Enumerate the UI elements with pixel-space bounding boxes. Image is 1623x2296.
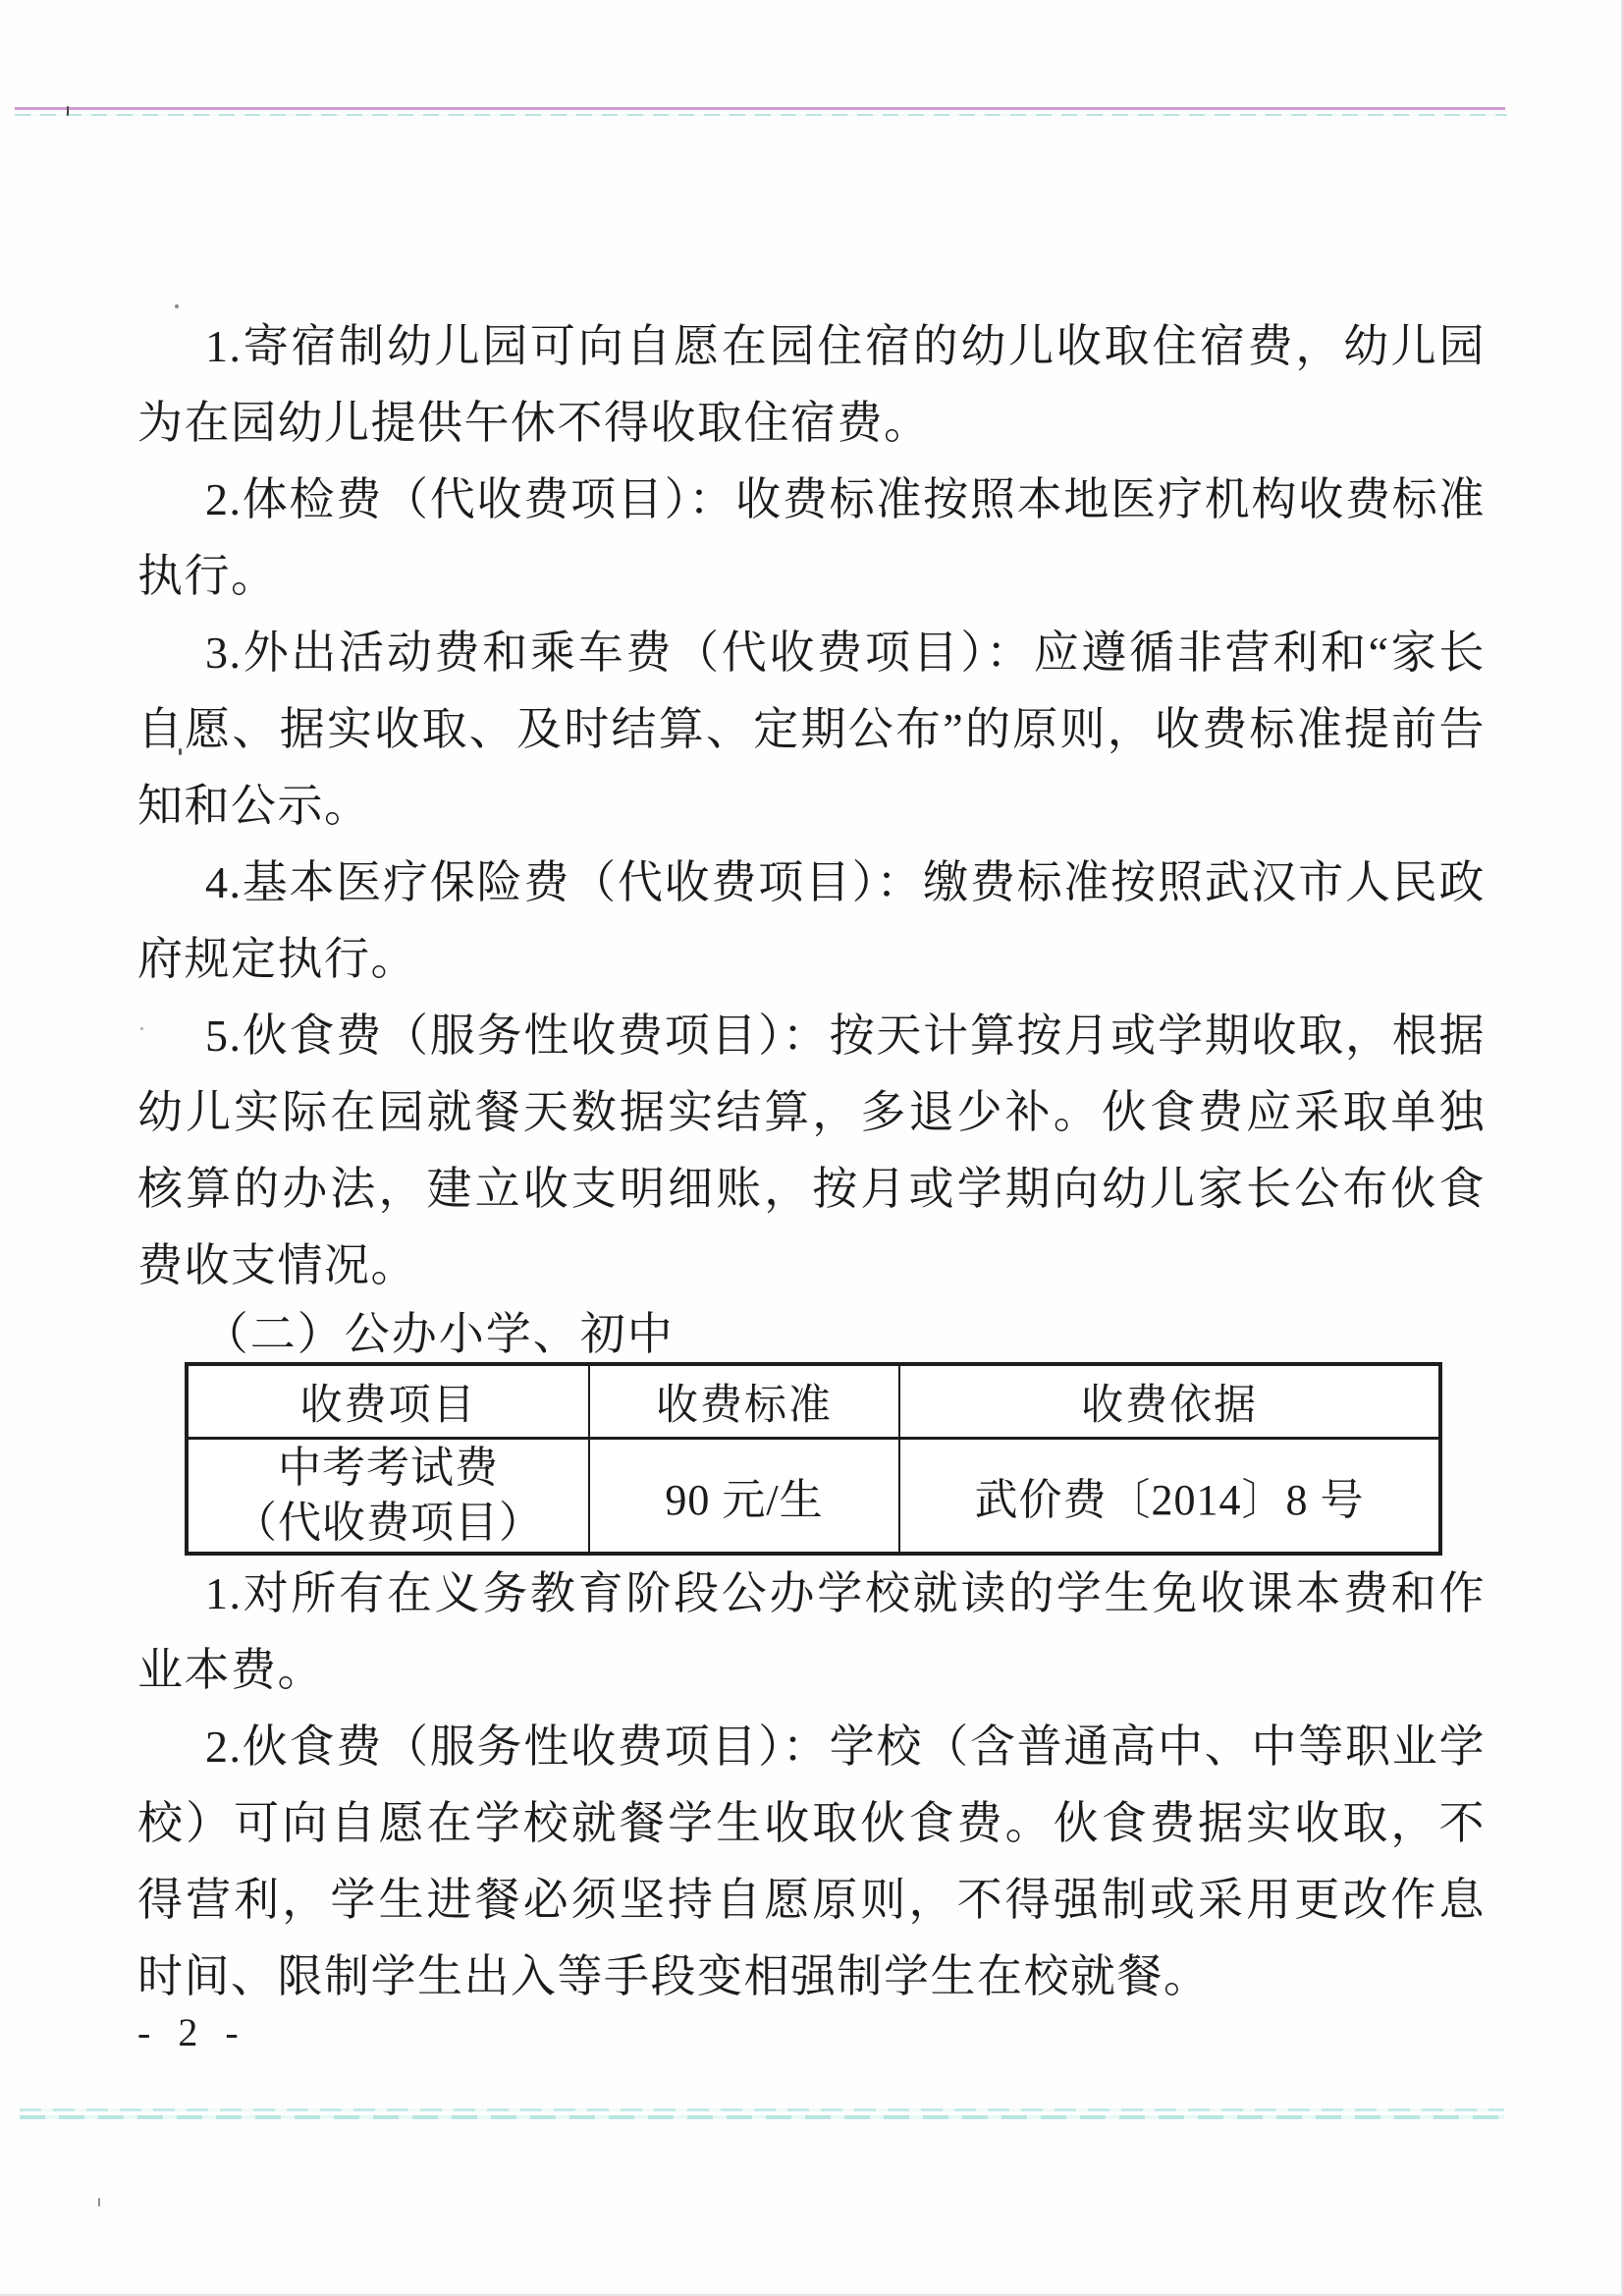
section-heading: （二）公办小学、初中 <box>137 1306 1486 1363</box>
lower-paragraphs: 1.对所有在义务教育阶段公办学校就读的学生免收课本费和作业本费。 2.伙食费（服… <box>137 1556 1486 2015</box>
scan-artifact-cyan-line <box>15 114 1507 116</box>
column-header-standard: 收费标准 <box>589 1364 899 1439</box>
scan-artifact-pink-line <box>15 107 1505 110</box>
scan-speck <box>67 106 69 116</box>
paragraph: 3.外出活动费和乘车费（代收费项目）：应遵循非营利和“家长自愿、据实收取、及时结… <box>137 615 1486 845</box>
scan-artifact-cyan-line <box>20 2115 1504 2119</box>
column-header-basis: 收费依据 <box>899 1364 1440 1439</box>
paragraph: 2.伙食费（服务性收费项目）：学校（含普通高中、中等职业学校）可向自愿在学校就餐… <box>137 1709 1486 2015</box>
scan-speck <box>98 2198 100 2207</box>
cell-fee-standard: 90 元/生 <box>589 1439 899 1555</box>
table-row: 中考考试费 （代收费项目） 90 元/生 武价费〔2014〕8 号 <box>187 1439 1440 1555</box>
paragraph: 5.伙食费（服务性收费项目）：按天计算按月或学期收取，根据幼儿实际在园就餐天数据… <box>137 998 1486 1304</box>
paragraph: 2.体检费（代收费项目）：收费标准按照本地医疗机构收费标准执行。 <box>137 462 1486 615</box>
paragraph: 4.基本医疗保险费（代收费项目）：缴费标准按照武汉市人民政府规定执行。 <box>137 845 1486 998</box>
table-header-row: 收费项目 收费标准 收费依据 <box>187 1364 1440 1439</box>
paragraph: 1.对所有在义务教育阶段公办学校就读的学生免收课本费和作业本费。 <box>137 1556 1486 1709</box>
fee-table: 收费项目 收费标准 收费依据 中考考试费 （代收费项目） 90 元/生 武价费〔… <box>185 1362 1442 1556</box>
paragraph: 1.寄宿制幼儿园可向自愿在园住宿的幼儿收取住宿费，幼儿园为在园幼儿提供午休不得收… <box>137 308 1486 462</box>
document-page: 1.寄宿制幼儿园可向自愿在园住宿的幼儿收取住宿费，幼儿园为在园幼儿提供午休不得收… <box>0 0 1623 2296</box>
cell-fee-basis: 武价费〔2014〕8 号 <box>899 1439 1440 1555</box>
upper-paragraphs: 1.寄宿制幼儿园可向自愿在园住宿的幼儿收取住宿费，幼儿园为在园幼儿提供午休不得收… <box>137 308 1486 1304</box>
cell-fee-item: 中考考试费 （代收费项目） <box>187 1439 589 1555</box>
page-number: - 2 - <box>137 2009 247 2055</box>
column-header-item: 收费项目 <box>187 1364 589 1439</box>
scan-artifact-cyan-line <box>20 2108 1504 2111</box>
